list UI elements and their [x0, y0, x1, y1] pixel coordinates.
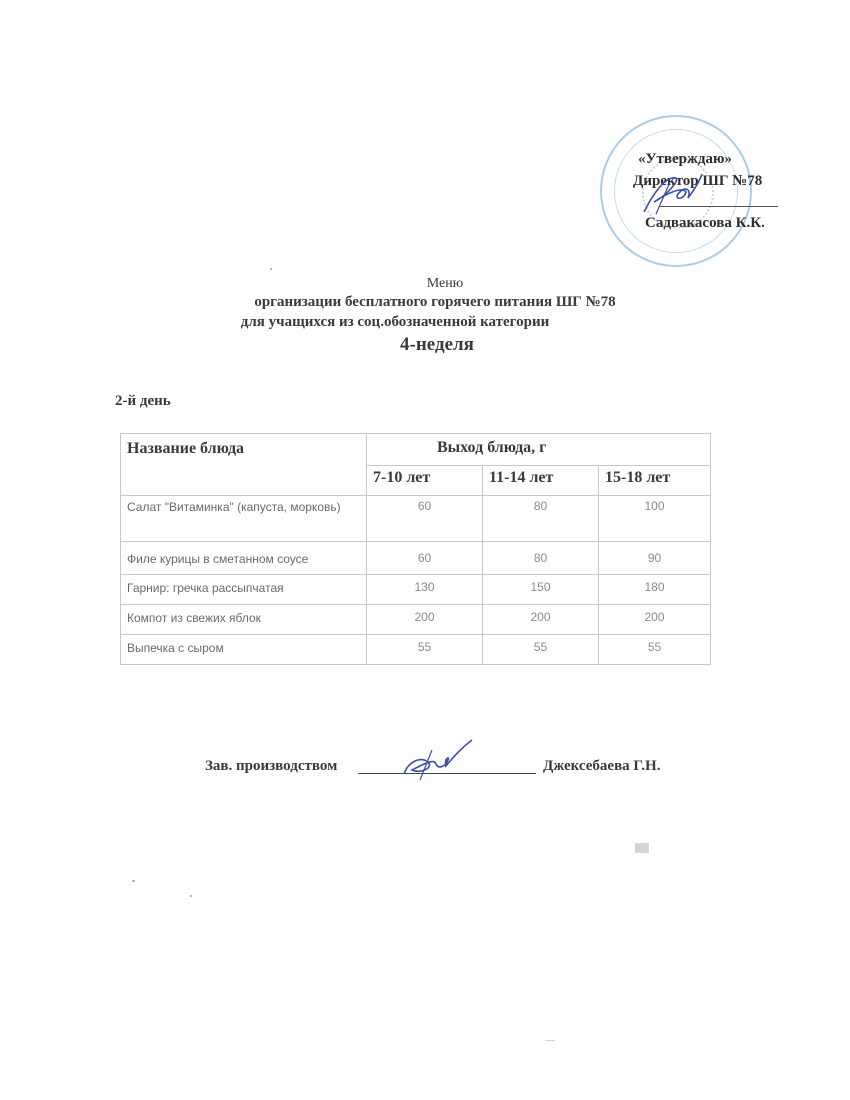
yield-value: 80	[483, 542, 599, 575]
yield-value: 55	[599, 635, 711, 665]
production-manager-name: Джексебаева Г.Н.	[543, 758, 660, 775]
column-header-age-7-10: 7-10 лет	[367, 466, 483, 496]
document-title: Меню	[20, 276, 850, 292]
dish-name: Выпечка с сыром	[121, 635, 367, 665]
yield-value: 200	[599, 605, 711, 635]
column-header-yield: Выход блюда, г	[367, 434, 711, 466]
table-row: Компот из свежих яблок 200 200 200	[121, 605, 711, 635]
column-header-age-11-14: 11-14 лет	[483, 466, 599, 496]
column-header-age-15-18: 15-18 лет	[599, 466, 711, 496]
dish-name: Компот из свежих яблок	[121, 605, 367, 635]
yield-value: 200	[367, 605, 483, 635]
approval-label: «Утверждаю»	[620, 148, 800, 170]
scan-speck	[132, 880, 135, 882]
menu-table: Название блюда Выход блюда, г 7-10 лет 1…	[120, 433, 711, 665]
document-subtitle: организации бесплатного горячего питания…	[10, 294, 850, 311]
yield-value: 180	[599, 575, 711, 605]
dish-name: Салат "Витаминка" (капуста, морковь)	[121, 496, 367, 542]
yield-value: 55	[367, 635, 483, 665]
yield-value: 100	[599, 496, 711, 542]
yield-value: 150	[483, 575, 599, 605]
table-row: Филе курицы в сметанном соусе 60 80 90	[121, 542, 711, 575]
yield-value: 200	[483, 605, 599, 635]
table-header-row: Название блюда Выход блюда, г	[121, 434, 711, 466]
table-row: Салат "Витаминка" (капуста, морковь) 60 …	[121, 496, 711, 542]
yield-value: 60	[367, 496, 483, 542]
scan-speck	[545, 1040, 555, 1041]
table-row: Гарнир: гречка рассыпчатая 130 150 180	[121, 575, 711, 605]
yield-value: 130	[367, 575, 483, 605]
dish-name: Гарнир: гречка рассыпчатая	[121, 575, 367, 605]
dish-name: Филе курицы в сметанном соусе	[121, 542, 367, 575]
document-subtitle-category: для учащихся из соц.обозначенной категор…	[0, 314, 820, 331]
scan-speck	[190, 895, 192, 897]
yield-value: 80	[483, 496, 599, 542]
column-header-dish: Название блюда	[121, 434, 367, 496]
manager-signature-icon	[398, 738, 478, 782]
table-row: Выпечка с сыром 55 55 55	[121, 635, 711, 665]
yield-value: 60	[367, 542, 483, 575]
day-label: 2-й день	[115, 393, 171, 410]
production-manager-role: Зав. производством	[205, 758, 337, 775]
yield-value: 90	[599, 542, 711, 575]
director-signature-icon	[636, 172, 706, 217]
scan-speck	[270, 268, 272, 270]
week-label: 4-неделя	[12, 334, 850, 356]
scan-speck	[635, 843, 649, 853]
yield-value: 55	[483, 635, 599, 665]
